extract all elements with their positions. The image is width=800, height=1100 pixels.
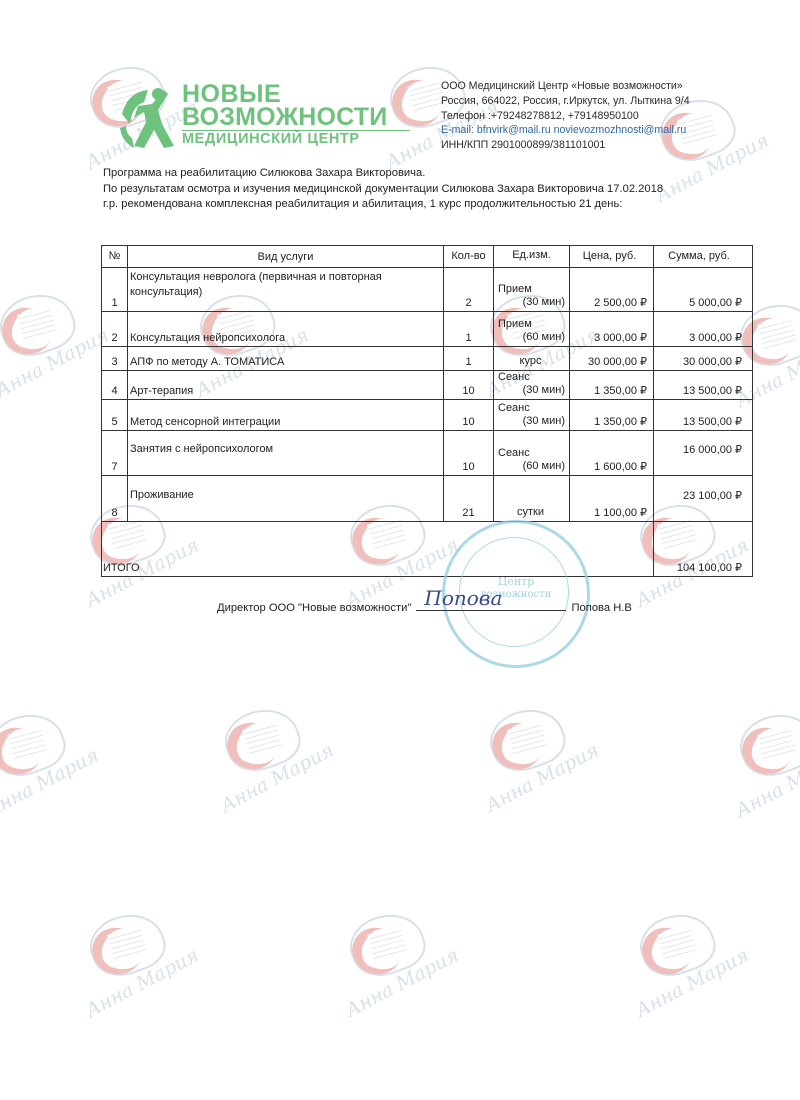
table-row: 5 Метод сенсорной интеграции 10 Сеанс(30…: [102, 400, 753, 431]
watermark-logo: Анна Мария: [70, 910, 200, 1030]
header-qty: Кол-во: [444, 246, 494, 268]
company-name: ООО Медицинский Центр «Новые возможности…: [441, 79, 690, 94]
header-service: Вид услуги: [128, 246, 444, 268]
row-price: 1 350,00 ₽: [570, 400, 654, 431]
watermark-logo: Анна Мария: [0, 710, 100, 830]
row-service: Проживание: [128, 476, 444, 522]
row-price: 1 100,00 ₽: [570, 476, 654, 522]
intro-line-1: Программа на реабилитацию Силюкова Захар…: [103, 166, 753, 182]
row-unit: Сеанс(60 мин): [494, 431, 570, 476]
watermark-logo: Анна Мария: [720, 710, 800, 830]
row-number: 2: [102, 312, 128, 347]
row-sum: 13 500,00 ₽: [654, 400, 753, 431]
handwritten-signature: Попова: [424, 586, 502, 610]
table-row: 4 Арт-терапия 10 Сеанс(30 мин) 1 350,00 …: [102, 371, 753, 400]
row-price: 1 600,00 ₽: [570, 431, 654, 476]
row-price: 30 000,00 ₽: [570, 347, 654, 371]
row-number: 7: [102, 431, 128, 476]
row-unit: Прием(60 мин): [494, 312, 570, 347]
row-qty: 10: [444, 431, 494, 476]
watermark-logo: Анна Мария: [470, 705, 600, 825]
watermark-logo: Анна Мария: [330, 910, 460, 1030]
company-address: Россия, 664022, Россия, г.Иркутск, ул. Л…: [441, 94, 690, 109]
table-header-row: № Вид услуги Кол-во Ед.изм. Цена, руб. С…: [102, 246, 753, 268]
row-price: 2 500,00 ₽: [570, 268, 654, 312]
table-row: 8 Проживание 21 сутки 1 100,00 ₽ 23 100,…: [102, 476, 753, 522]
table-row: 3 АПФ по методу А. ТОМАТИСА 1 курс 30 00…: [102, 347, 753, 371]
row-service: Арт-терапия: [128, 371, 444, 400]
company-email[interactable]: E-mail: bfnvirk@mail.ru novievozmozhnost…: [441, 123, 690, 138]
row-unit: курс: [494, 347, 570, 371]
total-value: 104 100,00 ₽: [654, 522, 753, 577]
header-unit: Ед.изм.: [494, 246, 570, 268]
row-number: 5: [102, 400, 128, 431]
watermark-logo: Анна Мария: [205, 705, 335, 825]
watermark-logo: Анна Мария: [0, 290, 110, 410]
table-row: 7 Занятия с нейропсихологом 10 Сеанс(60 …: [102, 431, 753, 476]
row-price: 3 000,00 ₽: [570, 312, 654, 347]
logo-subtitle: МЕДИЦИНСКИЙ ЦЕНТР: [182, 131, 360, 147]
row-unit: Прием(30 мин): [494, 268, 570, 312]
row-qty: 10: [444, 371, 494, 400]
row-unit: Сеанс(30 мин): [494, 400, 570, 431]
row-sum: 23 100,00 ₽: [654, 476, 753, 522]
watermark-logo: Анна Мария: [620, 910, 750, 1030]
row-sum: 3 000,00 ₽: [654, 312, 753, 347]
signature-line: Попова: [416, 598, 566, 611]
director-name: Попова Н.В: [572, 602, 632, 614]
row-number: 3: [102, 347, 128, 371]
company-phone: Телефон :+79248278812, +79148950100: [441, 109, 690, 124]
company-logo: НОВЫЕ ВОЗМОЖНОСТИ МЕДИЦИНСКИЙ ЦЕНТР: [118, 82, 418, 152]
row-qty: 10: [444, 400, 494, 431]
header-sum: Сумма, руб.: [654, 246, 753, 268]
table-row: 1 Консультация невролога (первичная и по…: [102, 268, 753, 312]
program-intro: Программа на реабилитацию Силюкова Захар…: [103, 166, 753, 213]
row-qty: 21: [444, 476, 494, 522]
header-number: №: [102, 246, 128, 268]
services-table: № Вид услуги Кол-во Ед.изм. Цена, руб. С…: [101, 245, 753, 577]
row-service: АПФ по методу А. ТОМАТИСА: [128, 347, 444, 371]
row-sum: 5 000,00 ₽: [654, 268, 753, 312]
row-qty: 1: [444, 312, 494, 347]
row-sum: 30 000,00 ₽: [654, 347, 753, 371]
row-sum: 13 500,00 ₽: [654, 371, 753, 400]
row-unit: Сеанс(30 мин): [494, 371, 570, 400]
logo-title-line2: ВОЗМОЖНОСТИ: [182, 104, 387, 130]
row-service: Занятия с нейропсихологом: [128, 431, 444, 476]
row-number: 8: [102, 476, 128, 522]
table-total-row: ИТОГО 104 100,00 ₽: [102, 522, 753, 577]
row-qty: 2: [444, 268, 494, 312]
row-sum: 16 000,00 ₽: [654, 431, 753, 476]
row-qty: 1: [444, 347, 494, 371]
row-number: 1: [102, 268, 128, 312]
person-figure-icon: [118, 84, 182, 150]
header-price: Цена, руб.: [570, 246, 654, 268]
signature-block: Директор ООО "Новые возможности" Попова …: [217, 598, 632, 614]
row-number: 4: [102, 371, 128, 400]
row-unit: сутки: [494, 476, 570, 522]
row-service: Метод сенсорной интеграции: [128, 400, 444, 431]
intro-line-3: г.р. рекомендована комплексная реабилита…: [103, 197, 753, 213]
company-inn: ИНН/КПП 2901000899/381101001: [441, 138, 690, 153]
row-service: Консультация нейропсихолога: [128, 312, 444, 347]
director-title: Директор ООО "Новые возможности": [217, 602, 411, 614]
table-row: 2 Консультация нейропсихолога 1 Прием(60…: [102, 312, 753, 347]
company-info: ООО Медицинский Центр «Новые возможности…: [441, 79, 690, 153]
row-price: 1 350,00 ₽: [570, 371, 654, 400]
intro-line-2: По результатам осмотра и изучения медици…: [103, 182, 753, 198]
row-service: Консультация невролога (первичная и повт…: [128, 268, 444, 312]
